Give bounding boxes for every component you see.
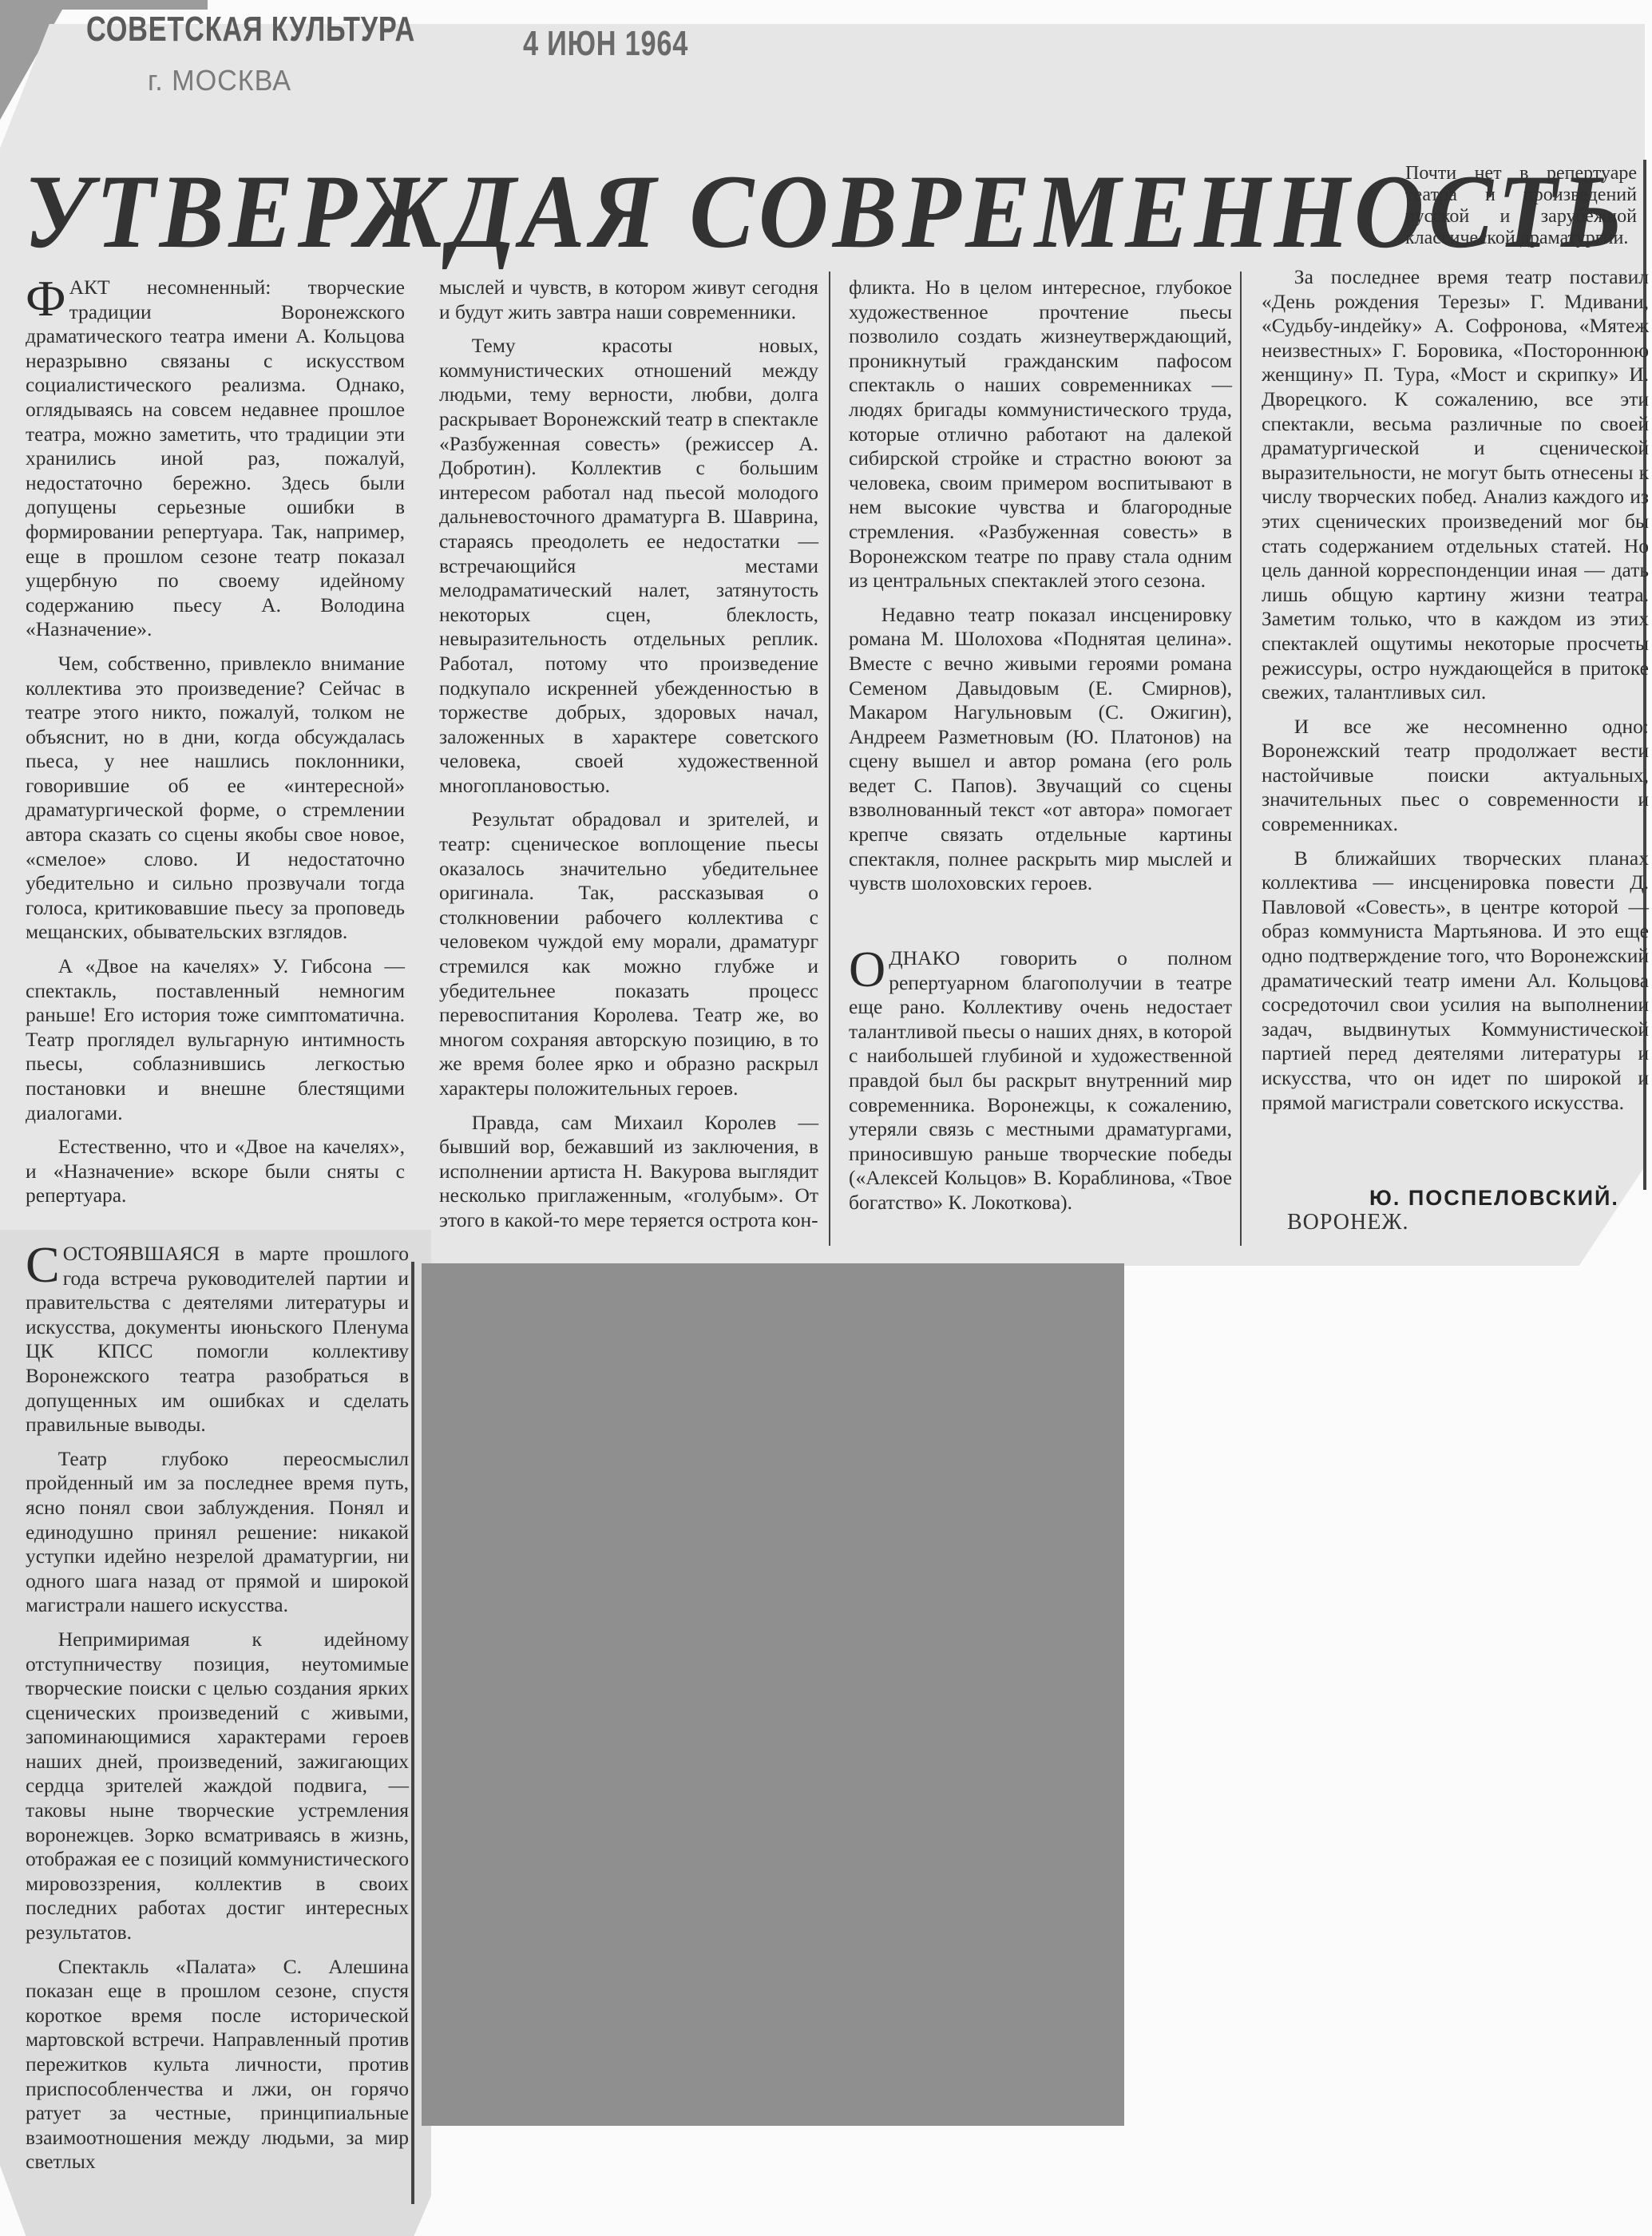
paragraph: О ДНАКО говорить о полном репертуарном б… xyxy=(849,946,1232,1215)
paragraph: Ф АКТ несомненный: творческие традиции В… xyxy=(26,276,405,642)
paragraph: А «Двое на качелях» У. Гибсона — спектак… xyxy=(26,954,405,1125)
paragraph: И все же несомненно одно: Воронежский те… xyxy=(1262,715,1649,837)
paragraph-text: ОСТОЯВШАЯСЯ в марте прошлого года встреч… xyxy=(26,1242,409,1436)
column-rule xyxy=(1240,272,1242,1246)
paragraph: Непримиримая к идейному отступничеству п… xyxy=(26,1627,409,1945)
paragraph: С ОСТОЯВШАЯСЯ в марте прошлого года встр… xyxy=(26,1242,409,1437)
column-2: мыслей и чувств, в котором живут сегодня… xyxy=(439,276,818,1243)
newspaper-stamp: СОВЕТСКАЯ КУЛЬТУРА xyxy=(86,10,415,50)
clipping-edge-line xyxy=(411,1262,414,2204)
paragraph: Театр глубоко переосмыслил пройденный им… xyxy=(26,1447,409,1618)
paragraph-text: АКТ несомненный: творческие традиции Вор… xyxy=(26,276,405,640)
paragraph: Чем, собственно, привлекло внимание колл… xyxy=(26,652,405,945)
paragraph: Почти нет в репертуаре театра и произвед… xyxy=(1405,163,1637,249)
column-4-intro: Почти нет в репертуаре театра и произвед… xyxy=(1405,163,1637,259)
paragraph: Естественно, что и «Двое на качелях», и … xyxy=(26,1135,405,1208)
paragraph: Результат обрадовал и зрителей, и театр:… xyxy=(439,807,818,1100)
paragraph: Спектакль «Палата» С. Алешина показан ещ… xyxy=(26,1955,409,2175)
city-stamp: г. МОСКВА xyxy=(148,64,291,97)
date-stamp: 4 ИЮН 1964 xyxy=(523,24,688,64)
column-3: фликта. Но в целом интересное, глубокое … xyxy=(849,276,1232,906)
paragraph: Правда, сам Михаил Королев — бывший вор,… xyxy=(439,1111,818,1233)
paragraph: Недавно театр показал инсценировку роман… xyxy=(849,603,1232,896)
paragraph: В ближайших творческих планах коллектива… xyxy=(1262,846,1649,1116)
article-headline: УТВЕРЖДАЯ СОВРЕМЕННОСТЬ xyxy=(24,150,1627,272)
drop-cap: С xyxy=(26,1243,60,1286)
dateline-place: ВОРОНЕЖ. xyxy=(1287,1210,1408,1235)
paragraph-text: ДНАКО говорить о полном репертуарном бла… xyxy=(849,946,1232,1214)
column-rule xyxy=(829,272,830,1246)
column-3-section: О ДНАКО говорить о полном репертуарном б… xyxy=(849,946,1232,1225)
drop-cap: О xyxy=(849,948,885,991)
paragraph: фликта. Но в целом интересное, глубокое … xyxy=(849,276,1232,593)
column-1: Ф АКТ несомненный: творческие традиции В… xyxy=(26,276,405,1218)
paragraph: Тему красоты новых, коммунистических отн… xyxy=(439,334,818,798)
column-4: За последнее время театр поставил «День … xyxy=(1262,265,1649,1124)
author-signature: Ю. ПОСПЕЛОВСКИЙ. xyxy=(1369,1186,1619,1211)
drop-cap: Ф xyxy=(26,277,66,320)
column-1-continued: С ОСТОЯВШАЯСЯ в марте прошлого года встр… xyxy=(26,1242,409,2184)
paragraph: мыслей и чувств, в котором живут сегодня… xyxy=(439,276,818,324)
mounting-board xyxy=(422,1263,1124,2126)
paragraph: За последнее время театр поставил «День … xyxy=(1262,265,1649,705)
